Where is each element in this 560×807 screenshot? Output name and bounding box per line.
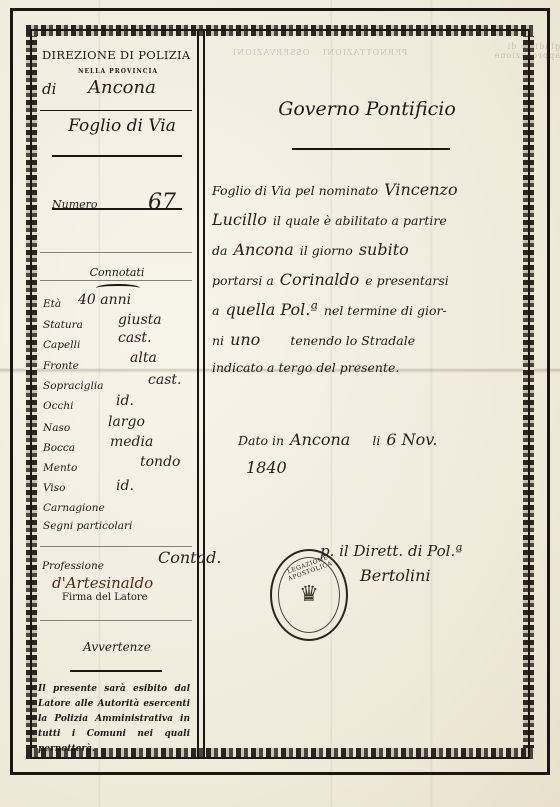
- avvertenze-text: Il presente sarà esibito dal Latore alle…: [38, 682, 190, 757]
- text-line-4: portarsi aCorinaldoe presentarsi: [212, 270, 449, 289]
- connotati-title: Connotati: [38, 266, 196, 279]
- professione-value: Contad.: [158, 548, 221, 567]
- bleed-through-text: PERNOTTAZIONI: [322, 48, 407, 57]
- attr-label-mento: Mento: [43, 462, 77, 474]
- attr-label-carnagione: Carnagione: [43, 502, 105, 514]
- professione-label: Professione: [42, 560, 104, 572]
- divider-line: [52, 208, 182, 210]
- printed-text: e presentarsi: [365, 273, 448, 288]
- numero-value: 67: [148, 190, 176, 215]
- attr-label-occhi: Occhi: [43, 400, 74, 412]
- official-seal: LEGAZIONE APOSTOLICA ♛: [270, 549, 348, 641]
- divider-line: [40, 546, 192, 547]
- divider-line: [292, 148, 450, 150]
- divider-line: [40, 280, 192, 281]
- divider-line: [52, 155, 182, 157]
- dato-label: Dato in: [238, 433, 284, 448]
- attr-value-mento: tondo: [140, 454, 180, 470]
- divider-line: [70, 670, 162, 672]
- printed-text: il quale è abilitato a partire: [273, 213, 447, 228]
- handwritten-day: subito: [359, 240, 409, 259]
- province-handwritten: Ancona: [88, 77, 156, 98]
- firma-label: Firma del Latore: [62, 592, 148, 603]
- printed-text: nel termine di gior-: [324, 303, 447, 318]
- attr-label-bocca: Bocca: [43, 442, 75, 454]
- text-line-3: daAnconail giornosubito: [212, 240, 415, 259]
- police-header: DIREZIONE DI POLIZIA: [42, 48, 191, 62]
- bleed-through-text: giudizio di approvazione: [440, 42, 560, 60]
- avvertenze-title: Avvertenze: [38, 640, 196, 654]
- papal-tiara-icon: ♛: [296, 579, 322, 611]
- printed-text: da: [212, 243, 227, 258]
- governo-pontificio-title: Governo Pontificio: [212, 98, 522, 120]
- printed-text: portarsi a: [212, 273, 274, 288]
- attr-label-capelli: Capelli: [43, 339, 80, 351]
- foglio-di-via-title: Foglio di Via: [52, 116, 192, 136]
- handwritten-surname: Lucillo: [212, 210, 267, 229]
- divider-line: [40, 620, 192, 621]
- attr-value-statura: giusta: [118, 312, 162, 328]
- swash-ornament: [96, 284, 140, 292]
- dato-place: Ancona: [290, 430, 350, 449]
- attr-value-fronte: alta: [130, 350, 157, 366]
- attr-label-viso: Viso: [43, 482, 65, 494]
- text-line-2: Lucilloil quale è abilitato a partire: [212, 210, 447, 229]
- attr-value-eta: 40 anni: [78, 292, 131, 308]
- handwritten-days: uno: [230, 330, 260, 349]
- divider-line: [40, 252, 192, 253]
- attr-value-naso: largo: [108, 414, 145, 430]
- text-line-5: aquella Pol.ªnel termine di gior-: [212, 300, 447, 319]
- handwritten-departure: Ancona: [233, 240, 293, 259]
- printed-text: a: [212, 303, 219, 318]
- divider-line: [40, 110, 192, 111]
- text-line-1: Foglio di Via pel nominatoVincenzo: [212, 180, 464, 199]
- attr-value-viso: id.: [116, 478, 134, 494]
- bearer-signature: d'Artesinaldo: [52, 574, 153, 592]
- printed-text: tenendo lo Stradale: [290, 333, 415, 348]
- text-line-6: niunotenendo lo Stradale: [212, 330, 415, 349]
- attr-value-capelli: cast.: [118, 330, 151, 346]
- dato-date: 6 Nov.: [386, 430, 437, 449]
- printed-text: il giorno: [300, 243, 353, 258]
- attr-label-fronte: Fronte: [43, 360, 79, 372]
- bleed-through-text: OSSERVAZIONI: [232, 48, 309, 57]
- attr-label-statura: Statura: [43, 319, 83, 331]
- printed-text: ni: [212, 333, 224, 348]
- director-signature: Bertolini: [360, 566, 431, 585]
- attr-label-sopraciglia: Sopraciglia: [43, 380, 103, 392]
- attr-value-occhi: id.: [116, 393, 134, 409]
- attr-label-naso: Naso: [43, 422, 70, 434]
- province-subheader: NELLA PROVINCIA: [78, 68, 158, 75]
- attr-label-segni: Segni particolari: [43, 520, 132, 532]
- attr-value-bocca: media: [110, 434, 153, 450]
- handwritten-authority: quella Pol.ª: [225, 300, 317, 319]
- di-label: di: [42, 80, 56, 98]
- printed-text: indicato a tergo del presente.: [212, 360, 399, 375]
- li-label: li: [372, 433, 380, 448]
- handwritten-name: Vincenzo: [384, 180, 458, 199]
- attr-value-sopraciglia: cast.: [148, 372, 181, 388]
- attr-label-eta: Età: [43, 298, 61, 310]
- text-line-7: indicato a tergo del presente.: [212, 360, 399, 375]
- dato-year: 1840: [246, 458, 287, 477]
- handwritten-destination: Corinaldo: [280, 270, 359, 289]
- printed-text: Foglio di Via pel nominato: [212, 183, 378, 198]
- dato-line: Dato inAnconali6 Nov.: [238, 430, 443, 449]
- column-divider: [197, 29, 205, 759]
